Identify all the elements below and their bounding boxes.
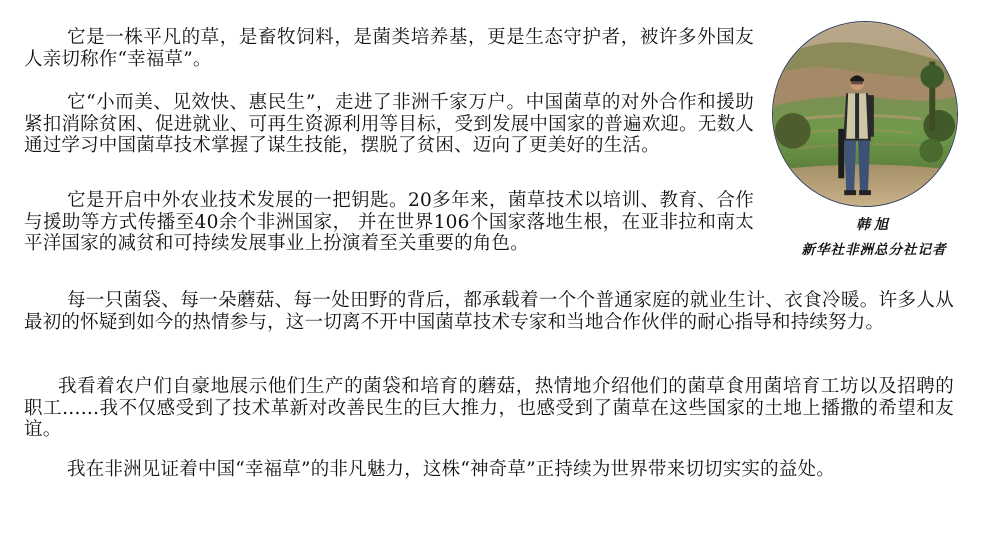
paragraph-1: 它是一株平凡的草，是畜牧饲料，是菌类培养基，更是生态守护者，被许多外国友人亲切称…	[24, 27, 754, 70]
author-title: 新华社非洲总分社记者	[760, 238, 988, 258]
paragraph-4: 每一只菌袋、每一朵蘑菇、每一处田野的背后，都承载着一个个普通家庭的就业生计、衣食…	[24, 290, 954, 333]
author-photo	[772, 21, 958, 207]
paragraph-3: 它是开启中外农业技术发展的一把钥匙。20多年来，菌草技术以培训、教育、合作与援助…	[24, 190, 754, 255]
author-name: 韩旭	[760, 214, 988, 234]
paragraph-2: 它“小而美、见效快、惠民生”，走进了非洲千家万户。中国菌草的对外合作和援助紧扣消…	[24, 92, 754, 157]
landscape-portrait-image	[773, 22, 957, 206]
paragraph-6: 我在非洲见证着中国“幸福草”的非凡魅力，这株“神奇草”正持续为世界带来切切实实的…	[24, 459, 954, 481]
paragraph-5: 我看着农户们自豪地展示他们生产的菌袋和培育的蘑菇，热情地介绍他们的菌草食用菌培育…	[24, 376, 954, 441]
